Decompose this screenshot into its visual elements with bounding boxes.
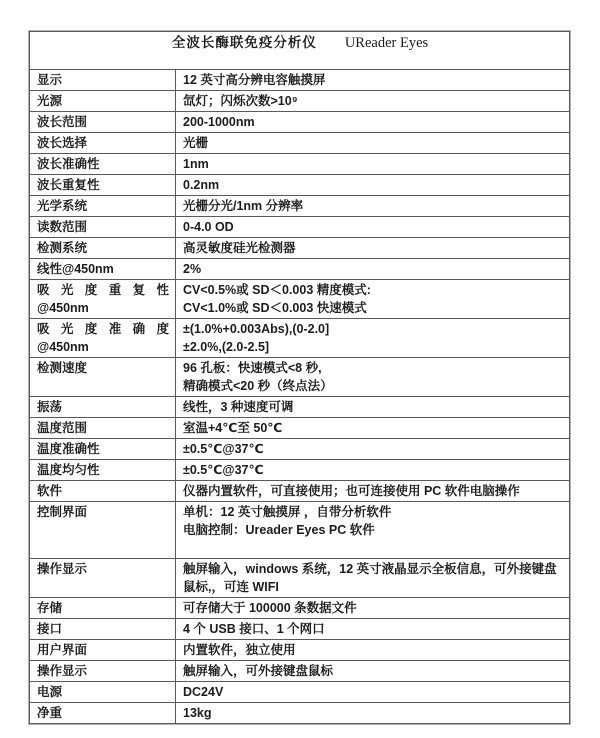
table-row: 吸 光 度 重 复 性@450nmCV<0.5%或 SD＜0.003 精度模式:…	[30, 280, 570, 319]
table-row: 波长准确性1nm	[30, 154, 570, 175]
table-row: 控制界面单机：12 英寸触摸屏 ，自带分析软件电脑控制：Ureader Eyes…	[30, 502, 570, 559]
spec-value: 触屏输入，可外接键盘鼠标	[176, 661, 570, 682]
spec-label-line: 净重	[37, 704, 169, 722]
spec-label: 检测系统	[30, 238, 176, 259]
spec-label: 用户界面	[30, 640, 176, 661]
spec-label-line: 波长重复性	[37, 176, 169, 194]
spec-value-line: DC24V	[183, 683, 563, 701]
spec-table-body: 全波长酶联免疫分析仪 UReader Eyes 显示12 英寸高分辨电容触摸屏光…	[30, 32, 570, 724]
spec-value-line: 0-4.0 OD	[183, 218, 563, 236]
spec-label-line: 检测系统	[37, 239, 169, 257]
table-row: 接口4 个 USB 接口、1 个网口	[30, 619, 570, 640]
table-row: 读数范围0-4.0 OD	[30, 217, 570, 238]
spec-value: CV<0.5%或 SD＜0.003 精度模式:CV<1.0%或 SD＜0.003…	[176, 280, 570, 319]
spec-value: 1nm	[176, 154, 570, 175]
spec-label: 检测速度	[30, 358, 176, 397]
spec-label-line: 操作显示	[37, 560, 169, 578]
table-row: 线性@450nm2%	[30, 259, 570, 280]
table-row: 振荡线性，3 种速度可调	[30, 397, 570, 418]
spec-value-line: 96 孔板：快速模式<8 秒,	[183, 359, 563, 377]
spec-value: 12 英寸高分辨电容触摸屏	[176, 70, 570, 91]
spec-label-line: @450nm	[37, 338, 169, 356]
table-row: 操作显示触屏输入，windows 系统，12 英寸液晶显示全板信息，可外接键盘鼠…	[30, 559, 570, 598]
product-title-en: UReader Eyes	[345, 34, 428, 52]
spec-value-line: 可存储大于 100000 条数据文件	[183, 599, 563, 617]
spec-value-line: 氙灯；闪烁次数>10⁹	[183, 92, 563, 110]
spec-label: 波长准确性	[30, 154, 176, 175]
spec-value-line: CV<1.0%或 SD＜0.003 快速模式	[183, 299, 563, 317]
spec-value: 线性，3 种速度可调	[176, 397, 570, 418]
spec-label-line: 电源	[37, 683, 169, 701]
spec-label-line: 线性@450nm	[37, 260, 169, 278]
spec-label: 波长重复性	[30, 175, 176, 196]
spec-label-line: 波长选择	[37, 134, 169, 152]
spec-label: 波长选择	[30, 133, 176, 154]
spec-value: ±(1.0%+0.003Abs),(0-2.0]±2.0%,(2.0-2.5]	[176, 319, 570, 358]
table-row: 显示12 英寸高分辨电容触摸屏	[30, 70, 570, 91]
table-row: 吸 光 度 准 确 度@450nm±(1.0%+0.003Abs),(0-2.0…	[30, 319, 570, 358]
table-row: 存储可存储大于 100000 条数据文件	[30, 598, 570, 619]
spec-value: 可存储大于 100000 条数据文件	[176, 598, 570, 619]
spec-label-line: 吸 光 度 准 确 度	[37, 320, 169, 338]
spec-value-line: ±(1.0%+0.003Abs),(0-2.0]	[183, 320, 563, 338]
product-title-cn: 全波长酶联免疫分析仪	[172, 34, 317, 52]
spec-label-line: 吸 光 度 重 复 性	[37, 281, 169, 299]
table-row: 温度均匀性±0.5℃@37℃	[30, 460, 570, 481]
spec-value: 200-1000nm	[176, 112, 570, 133]
spec-value-line: 光栅	[183, 134, 563, 152]
spec-value: 触屏输入，windows 系统，12 英寸液晶显示全板信息，可外接键盘鼠标,，可…	[176, 559, 570, 598]
spec-value-line: 线性，3 种速度可调	[183, 398, 563, 416]
spec-label-line: 软件	[37, 482, 169, 500]
spec-label: 电源	[30, 682, 176, 703]
spec-value-line: 精确模式<20 秒（终点法）	[183, 377, 563, 395]
spec-value-line: ±0.5℃@37℃	[183, 461, 563, 479]
spec-label: 接口	[30, 619, 176, 640]
spec-value-line: ±2.0%,(2.0-2.5]	[183, 338, 563, 356]
spec-value: 光栅分光/1nm 分辨率	[176, 196, 570, 217]
spec-label-line: 接口	[37, 620, 169, 638]
table-row: 净重13kg	[30, 703, 570, 724]
spec-value-line: 200-1000nm	[183, 113, 563, 131]
spec-value-line: 1nm	[183, 155, 563, 173]
spec-label: 操作显示	[30, 559, 176, 598]
spec-value: 氙灯；闪烁次数>10⁹	[176, 91, 570, 112]
spec-value: 4 个 USB 接口、1 个网口	[176, 619, 570, 640]
spec-value: 光栅	[176, 133, 570, 154]
spec-label: 吸 光 度 重 复 性@450nm	[30, 280, 176, 319]
spec-label: 控制界面	[30, 502, 176, 559]
spec-label-line: 读数范围	[37, 218, 169, 236]
table-title-cell: 全波长酶联免疫分析仪 UReader Eyes	[30, 32, 570, 70]
table-row: 用户界面内置软件，独立使用	[30, 640, 570, 661]
spec-value-line: 13kg	[183, 704, 563, 722]
spec-value-line: 高灵敏度硅光检测器	[183, 239, 563, 257]
spec-value-line: 电脑控制：Ureader Eyes PC 软件	[183, 521, 563, 539]
spec-value-line: 2%	[183, 260, 563, 278]
table-row: 操作显示触屏输入，可外接键盘鼠标	[30, 661, 570, 682]
spec-value-line: 4 个 USB 接口、1 个网口	[183, 620, 563, 638]
spec-label: 光源	[30, 91, 176, 112]
spec-label: 软件	[30, 481, 176, 502]
spec-value-line: 光栅分光/1nm 分辨率	[183, 197, 563, 215]
table-row: 光学系统光栅分光/1nm 分辨率	[30, 196, 570, 217]
table-title: 全波长酶联免疫分析仪 UReader Eyes	[37, 34, 563, 52]
spec-label: 温度范围	[30, 418, 176, 439]
table-row: 波长选择光栅	[30, 133, 570, 154]
spec-label-line: 温度均匀性	[37, 461, 169, 479]
spec-label: 温度均匀性	[30, 460, 176, 481]
spec-value: ±0.5℃@37℃	[176, 439, 570, 460]
table-row: 波长重复性0.2nm	[30, 175, 570, 196]
spec-value-line	[183, 539, 563, 557]
spec-value: 单机：12 英寸触摸屏 ，自带分析软件电脑控制：Ureader Eyes PC …	[176, 502, 570, 559]
document-page: { "header": { "title_cn": "全波长酶联免疫分析仪", …	[0, 0, 600, 738]
spec-label-line: 光学系统	[37, 197, 169, 215]
spec-label: 吸 光 度 准 确 度@450nm	[30, 319, 176, 358]
spec-value-line: ±0.5℃@37℃	[183, 440, 563, 458]
spec-label-line: 光源	[37, 92, 169, 110]
spec-label-line: 用户界面	[37, 641, 169, 659]
spec-label-line: 温度范围	[37, 419, 169, 437]
spec-value-line: 12 英寸高分辨电容触摸屏	[183, 71, 563, 89]
spec-value: 13kg	[176, 703, 570, 724]
spec-label-line: 波长范围	[37, 113, 169, 131]
spec-value: 0.2nm	[176, 175, 570, 196]
spec-label-line: 振荡	[37, 398, 169, 416]
spec-value: 高灵敏度硅光检测器	[176, 238, 570, 259]
spec-label: 振荡	[30, 397, 176, 418]
spec-value: 仪器内置软件，可直接使用；也可连接使用 PC 软件电脑操作	[176, 481, 570, 502]
spec-value-line: CV<0.5%或 SD＜0.003 精度模式:	[183, 281, 563, 299]
table-row: 软件仪器内置软件，可直接使用；也可连接使用 PC 软件电脑操作	[30, 481, 570, 502]
spec-value-line: 触屏输入，可外接键盘鼠标	[183, 662, 563, 680]
table-row: 光源氙灯；闪烁次数>10⁹	[30, 91, 570, 112]
spec-value-line: 触屏输入，windows 系统，12 英寸液晶显示全板信息，可外接键盘鼠标,，可…	[183, 560, 563, 596]
spec-value-line: 0.2nm	[183, 176, 563, 194]
spec-table: 全波长酶联免疫分析仪 UReader Eyes 显示12 英寸高分辨电容触摸屏光…	[29, 31, 570, 724]
spec-value: 0-4.0 OD	[176, 217, 570, 238]
spec-value-line: 单机：12 英寸触摸屏 ，自带分析软件	[183, 503, 563, 521]
spec-label-line: 波长准确性	[37, 155, 169, 173]
spec-label-line: 温度准确性	[37, 440, 169, 458]
spec-value: DC24V	[176, 682, 570, 703]
spec-label: 读数范围	[30, 217, 176, 238]
spec-label: 显示	[30, 70, 176, 91]
table-row: 温度准确性±0.5℃@37℃	[30, 439, 570, 460]
spec-value: 内置软件，独立使用	[176, 640, 570, 661]
spec-label: 存储	[30, 598, 176, 619]
spec-label-line: 操作显示	[37, 662, 169, 680]
spec-value: 2%	[176, 259, 570, 280]
spec-label: 光学系统	[30, 196, 176, 217]
spec-label-line: 控制界面	[37, 503, 169, 521]
spec-label: 操作显示	[30, 661, 176, 682]
spec-label: 线性@450nm	[30, 259, 176, 280]
spec-label-line: @450nm	[37, 299, 169, 317]
spec-value: 96 孔板：快速模式<8 秒,精确模式<20 秒（终点法）	[176, 358, 570, 397]
table-row: 波长范围200-1000nm	[30, 112, 570, 133]
table-title-row: 全波长酶联免疫分析仪 UReader Eyes	[30, 32, 570, 70]
spec-value-line: 内置软件，独立使用	[183, 641, 563, 659]
spec-value: 室温+4℃至 50℃	[176, 418, 570, 439]
spec-label: 净重	[30, 703, 176, 724]
spec-label-line: 存储	[37, 599, 169, 617]
spec-value-line: 室温+4℃至 50℃	[183, 419, 563, 437]
spec-label: 温度准确性	[30, 439, 176, 460]
spec-value: ±0.5℃@37℃	[176, 460, 570, 481]
table-row: 温度范围室温+4℃至 50℃	[30, 418, 570, 439]
table-row: 检测速度96 孔板：快速模式<8 秒,精确模式<20 秒（终点法）	[30, 358, 570, 397]
spec-value-line: 仪器内置软件，可直接使用；也可连接使用 PC 软件电脑操作	[183, 482, 563, 500]
spec-label-line: 检测速度	[37, 359, 169, 377]
table-row: 检测系统高灵敏度硅光检测器	[30, 238, 570, 259]
spec-label-line: 显示	[37, 71, 169, 89]
spec-label: 波长范围	[30, 112, 176, 133]
table-row: 电源DC24V	[30, 682, 570, 703]
